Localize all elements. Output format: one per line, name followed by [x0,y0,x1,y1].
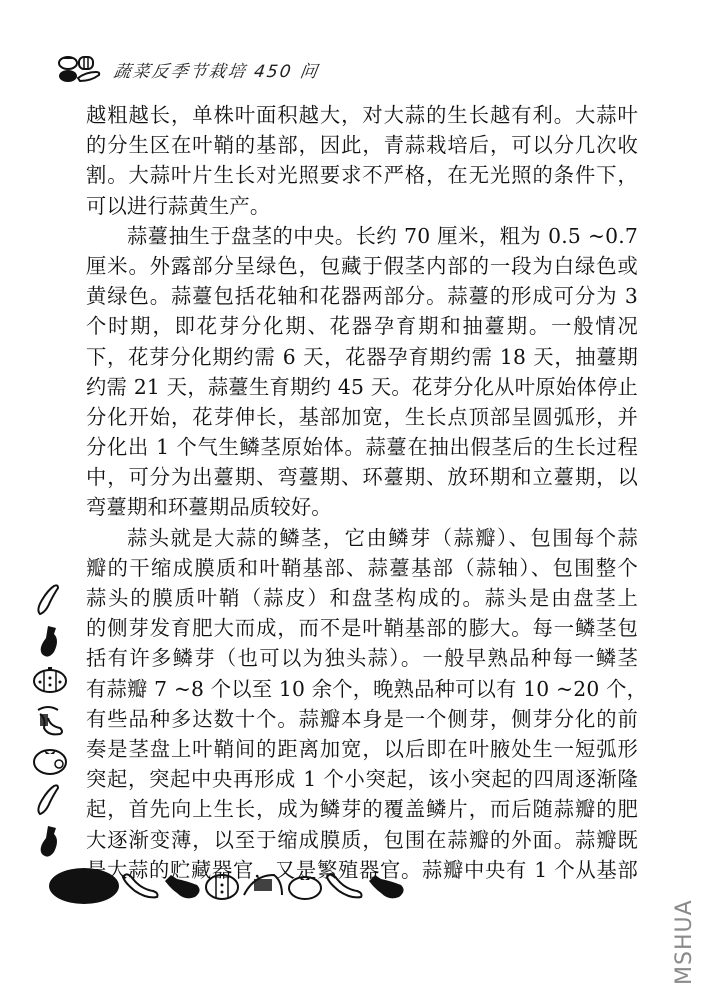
pumpkin-icon [30,660,70,700]
side-decoration [30,580,80,860]
text-line: 可以进行蒜黄生产。 [86,191,638,221]
page-body: 越粗越长，单株叶面积越大，对大蒜的生长越有利。大蒜叶 的分生区在叶鞘的基部，因此… [86,100,638,885]
text-line: 突起，突起中央再形成 1 个小突起，该小突起的四周逐渐隆 [86,764,638,794]
eggplant-icon [366,871,408,901]
pumpkin-icon [204,871,240,901]
text-line: 分化开始，花芽伸长，基部加宽，生长点顶部呈圆弧形，并 [86,402,638,432]
corn-icon [240,871,286,901]
text-line: 中，可分为出薹期、弯薹期、环薹期、放环期和立薹期，以 [86,462,638,492]
text-line: 个时期，即花芽分化期、花器孕育期和抽薹期。一般情况 [86,311,638,341]
text-line: 黄绿色。蒜薹包括花轴和花器两部分。蒜薹的形成可分为 3 [86,281,638,311]
text-line: 下，花芽分化期约需 6 天，花器孕育期约需 18 天，抽薹期 [86,342,638,372]
corn-icon [30,700,70,740]
eggplant-icon [30,620,70,660]
text-line: 蒜薹抽生于盘茎的中央。长约 70 厘米，粗为 0.5 ~0.7 [86,221,638,251]
text-line: 割。大蒜叶片生长对光照要求不严格，在无光照的条件下， [86,160,638,190]
text-line: 瓣的干缩成膜质和叶鞘基部、蒜薹基部（蒜轴）、包围整个 [86,553,638,583]
text-line: 分化出 1 个气生鳞茎原始体。蒜薹在抽出假茎后的生长过程 [86,432,638,462]
tomato-icon [30,740,70,780]
text-line: 蒜头就是大蒜的鳞茎，它由鳞芽（蒜瓣）、包围每个蒜 [86,523,638,553]
cucumber-icon [30,780,70,820]
paragraph-2: 蒜薹抽生于盘茎的中央。长约 70 厘米，粗为 0.5 ~0.7 厘米。外露部分呈… [86,221,638,523]
cucumber-icon [324,871,366,901]
text-line: 奏是茎盘上叶鞘间的距离加宽，以后即在叶腋处生一短弧形 [86,734,638,764]
tomato-icon [286,871,324,901]
book-title: 蔬菜反季节栽培 450 问 [112,57,321,82]
cucumber-icon [30,580,70,620]
running-header: 蔬菜反季节栽培 450 问 [56,52,319,86]
eggplant-icon [30,820,70,860]
paragraph-3: 蒜头就是大蒜的鳞茎，它由鳞芽（蒜瓣）、包围每个蒜 瓣的干缩成膜质和叶鞘基部、蒜薹… [86,523,638,885]
text-line: 蒜头的膜质叶鞘（蒜皮）和盘茎构成的。蒜头是由盘茎上 [86,583,638,613]
text-line: 越粗越长，单株叶面积越大，对大蒜的生长越有利。大蒜叶 [86,100,638,130]
vegetables-cluster-icon [56,54,104,84]
text-line: 的侧芽发育肥大而成，而不是叶鞘基部的膨大。每一鳞茎包 [86,613,638,643]
text-line: 有些品种多达数十个。蒜瓣本身是一个侧芽，侧芽分化的前 [86,704,638,734]
text-line: 弯薹期和环薹期品质较好。 [86,492,638,522]
bottom-decoration [48,866,408,906]
watermark: MSHUA [672,899,697,985]
text-line: 有蒜瓣 7 ~8 个以至 10 余个，晚熟品种可以有 10 ~20 个， [86,674,638,704]
text-line: 约需 21 天，蒜薹生育期约 45 天。花芽分化从叶原始体停止 [86,372,638,402]
text-line: 大逐渐变薄，以至于缩成膜质，包围在蒜瓣的外面。蒜瓣既 [86,825,638,855]
cucumber-icon [120,871,162,901]
paragraph-1: 越粗越长，单株叶面积越大，对大蒜的生长越有利。大蒜叶 的分生区在叶鞘的基部，因此… [86,100,638,221]
eggplant-icon [162,871,204,901]
text-line: 起，首先向上生长，成为鳞芽的覆盖鳞片，而后随蒜瓣的肥 [86,794,638,824]
text-line: 括有许多鳞芽（也可以为独头蒜）。一般早熟品种每一鳞茎 [86,643,638,673]
text-line: 的分生区在叶鞘的基部，因此，青蒜栽培后，可以分几次收 [86,130,638,160]
black-oval-icon [48,866,120,906]
text-line: 厘米。外露部分呈绿色，包藏于假茎内部的一段为白绿色或 [86,251,638,281]
